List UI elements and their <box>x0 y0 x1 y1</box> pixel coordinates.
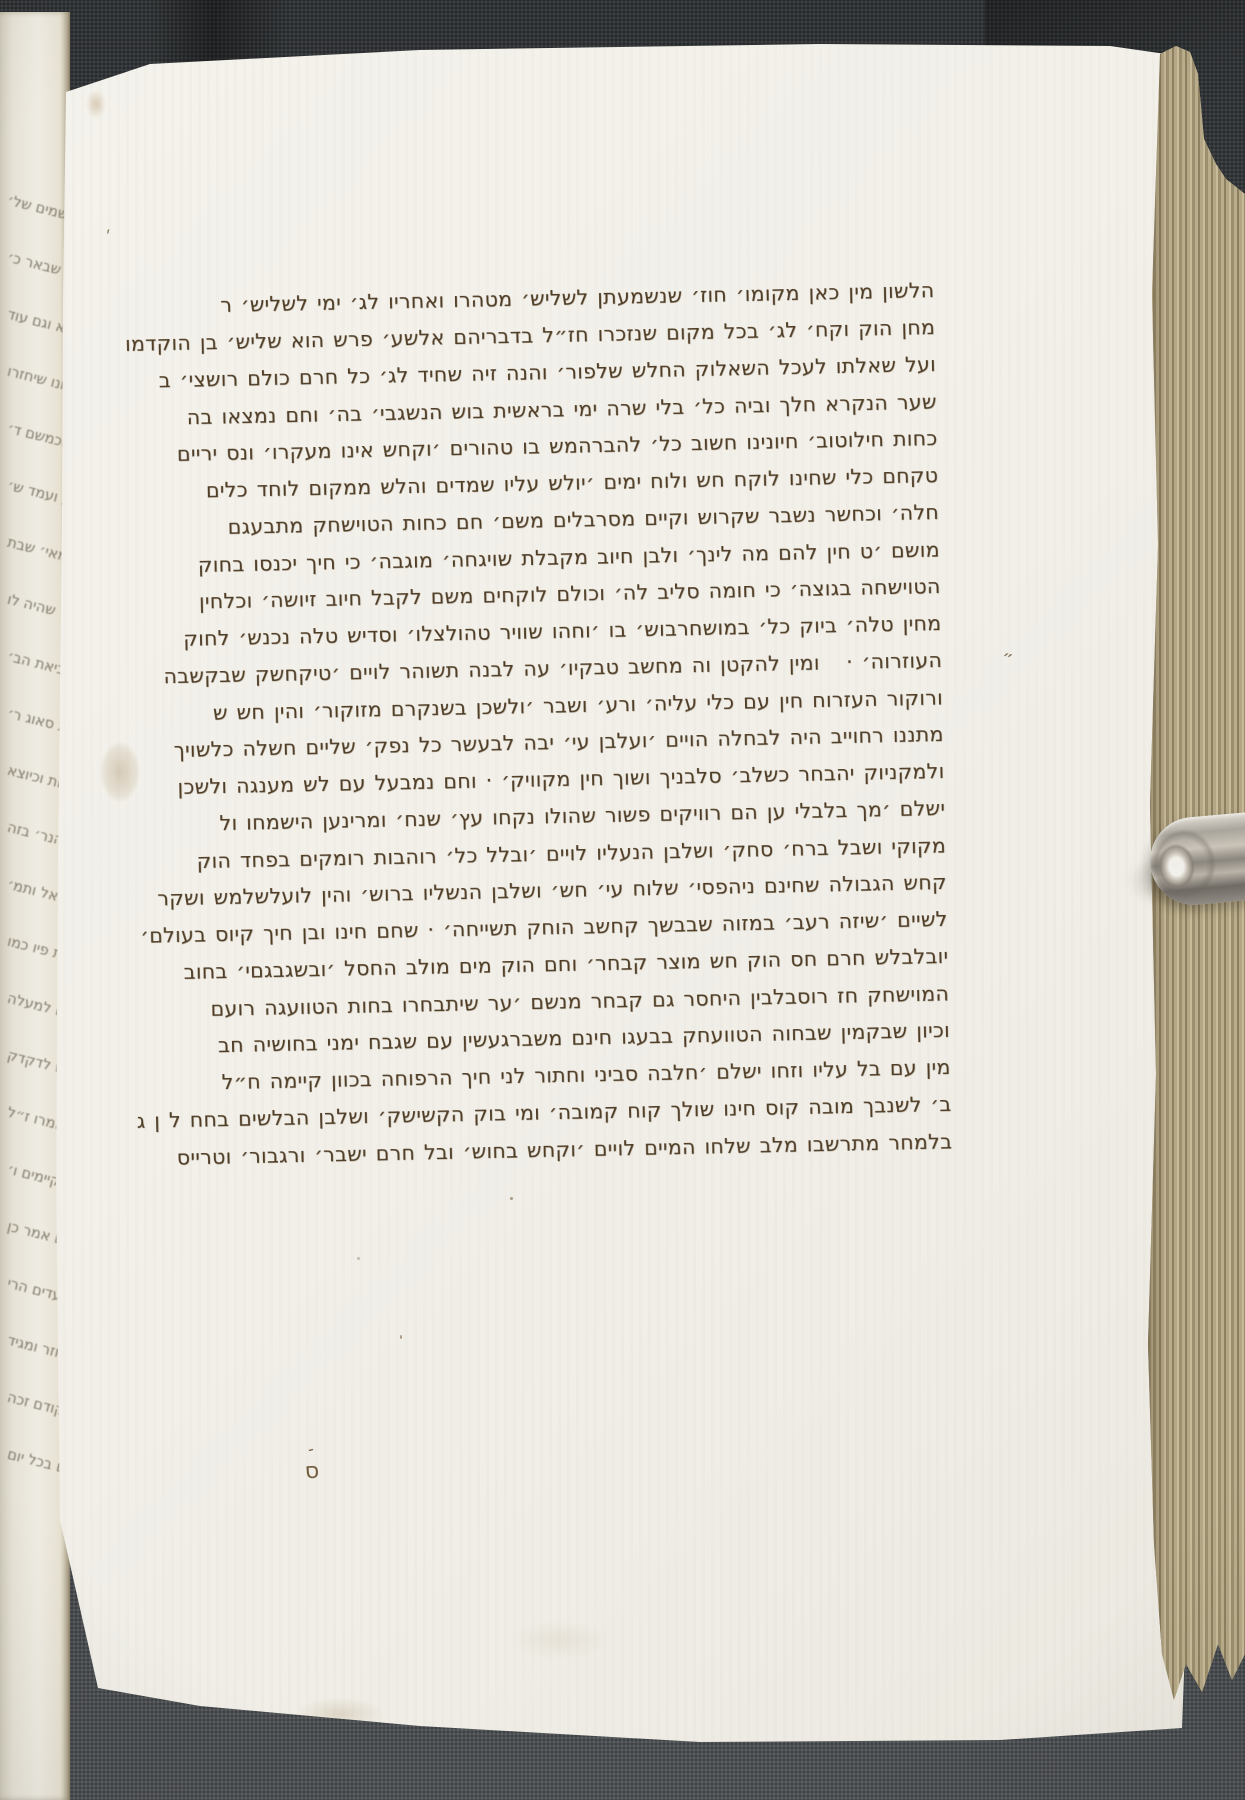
manuscript-text-block: הלשון מין כאן מקומו׳ חוז׳ שנשמעתן לשליש׳… <box>128 272 952 1177</box>
book-fore-edge <box>1146 44 1245 1800</box>
ink-speck <box>357 1257 360 1260</box>
book-photograph: ואמ׳ בן שמים של׳שים ושל שבאר כ׳קבים לא ו… <box>0 0 1245 1800</box>
quire-mark-letter: ס <box>293 1459 331 1485</box>
ink-speck <box>400 1335 402 1339</box>
ink-speck <box>510 1197 513 1200</box>
quire-signature-mark: ־ ס <box>294 1448 330 1484</box>
